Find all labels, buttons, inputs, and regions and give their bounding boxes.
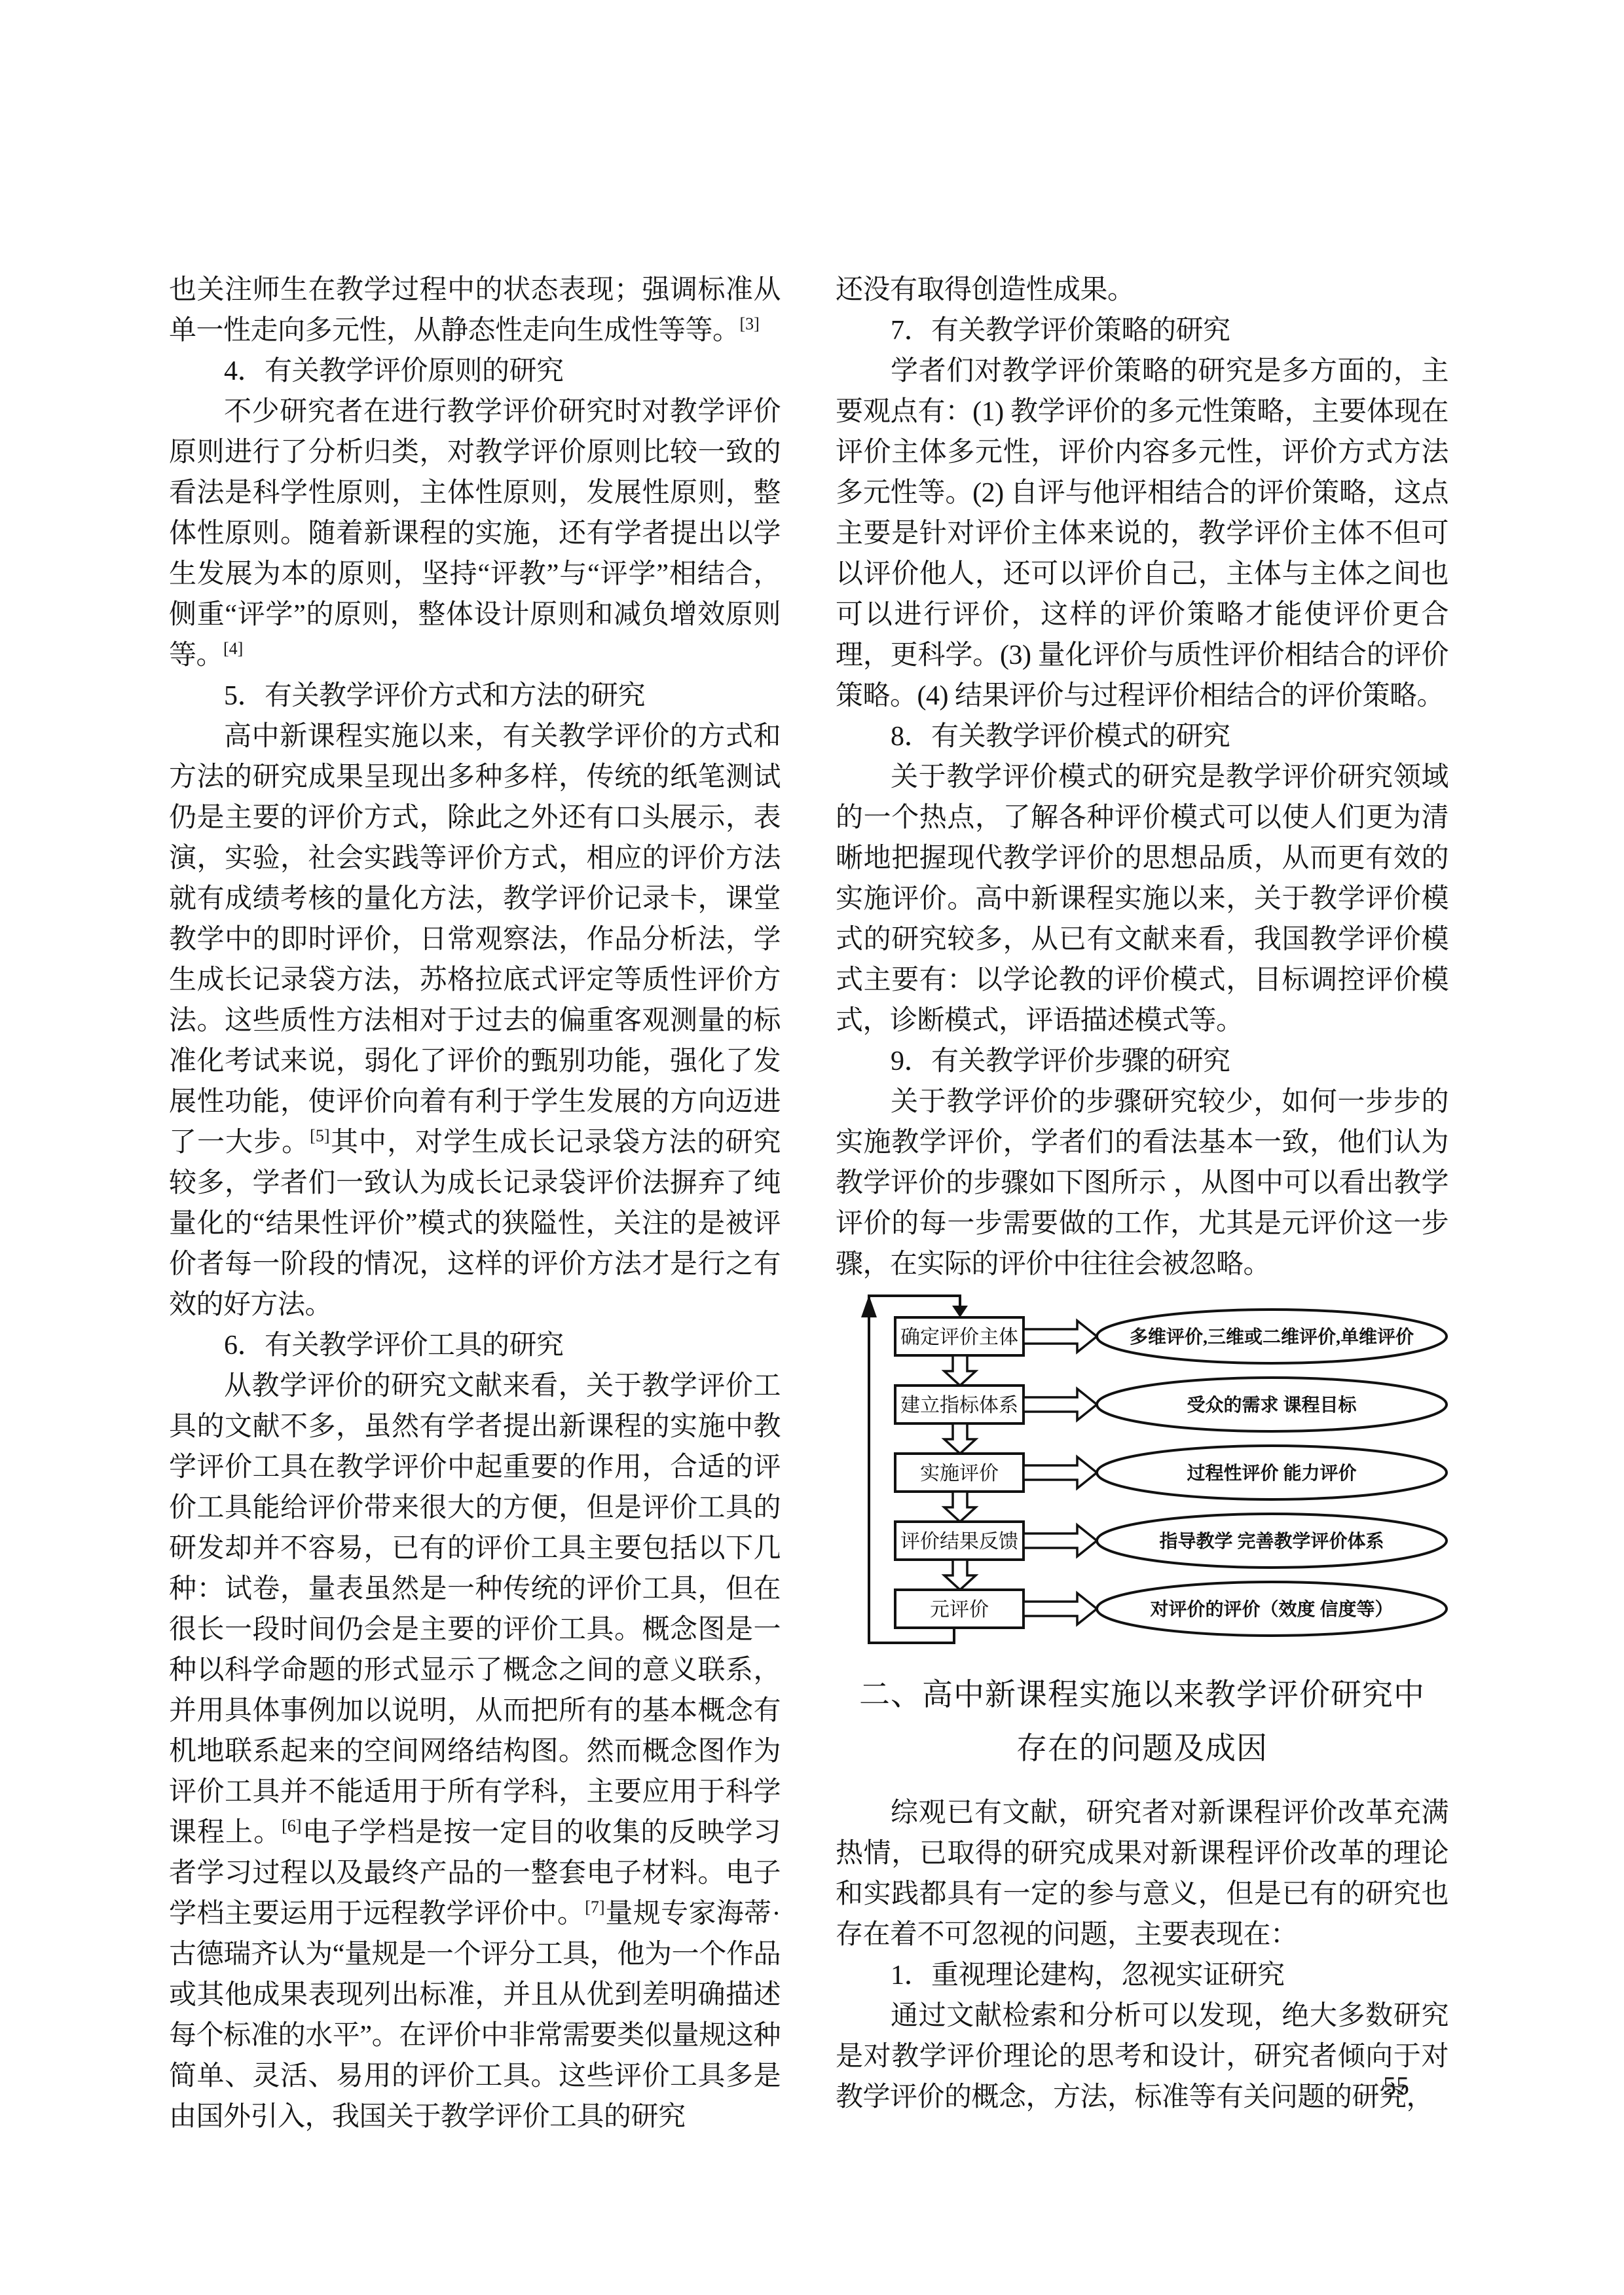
paragraph: 从教学评价的研究文献来看，关于教学评价工具的文献不多，虽然有学者提出新课程的实施… [169, 1366, 781, 2137]
right-arrow-icon [1024, 1321, 1097, 1352]
down-arrow-icon [944, 1423, 976, 1454]
right-arrow-icon [1024, 1593, 1097, 1625]
paragraph: 关于教学评价的步骤研究较少，如何一步步的实施教学评价，学者们的看法基本一致，他们… [836, 1082, 1449, 1285]
right-text-column: 还没有取得创造性成果。7．有关教学评价策略的研究学者们对教学评价策略的研究是多方… [836, 270, 1449, 2118]
section-heading-line1: 二、高中新课程实施以来教学评价研究中 [836, 1668, 1449, 1722]
paragraph: 关于教学评价模式的研究是教学评价研究领域的一个热点，了解各种评价模式可以使人们更… [836, 757, 1449, 1041]
paragraph: 1．重视理论建构，忽视实证研究 [836, 1955, 1449, 1996]
paragraph: 高中新课程实施以来，有关教学评价的方式和方法的研究成果呈现出多种多样，传统的纸笔… [169, 716, 781, 1325]
citation-mark: [7] [585, 1898, 604, 1917]
paragraph: 9．有关教学评价步骤的研究 [836, 1041, 1449, 1082]
down-arrow-icon [944, 1560, 976, 1590]
flow-box-label: 确定评价主体 [900, 1327, 1018, 1348]
citation-mark: [6] [282, 1816, 301, 1835]
flow-box-label: 建立指标体系 [900, 1395, 1018, 1416]
citation-mark: [3] [740, 314, 760, 333]
section-heading-line2: 存在的问题及成因 [836, 1722, 1449, 1776]
right-arrow-icon [1024, 1525, 1097, 1556]
loop-down-arrowhead-icon [952, 1306, 968, 1317]
flow-ellipse-label: 受众的需求 课程目标 [1187, 1395, 1357, 1416]
flow-ellipse-label: 过程性评价 能力评价 [1187, 1462, 1356, 1484]
down-arrow-icon [944, 1492, 976, 1522]
paragraph: 8．有关教学评价模式的研究 [836, 716, 1449, 757]
paragraph: 也关注师生在教学过程中的状态表现；强调标准从单一性走向多元性，从静态性走向生成性… [169, 270, 781, 351]
loop-up-arrowhead-icon [861, 1295, 877, 1317]
paragraph: 6．有关教学评价工具的研究 [169, 1325, 781, 1366]
right-arrow-icon [1024, 1389, 1097, 1420]
paragraph: 通过文献检索和分析可以发现，绝大多数研究是对教学评价理论的思考和设计，研究者倾向… [836, 1996, 1449, 2118]
right-column-upper-text: 还没有取得创造性成果。7．有关教学评价策略的研究学者们对教学评价策略的研究是多方… [836, 270, 1449, 1285]
page-number: 55 [1370, 2070, 1422, 2102]
left-text-column: 也关注师生在教学过程中的状态表现；强调标准从单一性走向多元性，从静态性走向生成性… [169, 270, 781, 2137]
section-heading: 二、高中新课程实施以来教学评价研究中 存在的问题及成因 [836, 1668, 1449, 1776]
paragraph: 不少研究者在进行教学评价研究时对教学评价原则进行了分析归类，对教学评价原则比较一… [169, 392, 781, 676]
scanned-paper-page: { "page": { "number": "55" }, "left_colu… [0, 0, 1624, 2295]
flow-ellipse-label: 指导教学 完善教学评价体系 [1159, 1531, 1384, 1552]
paragraph: 综观已有文献，研究者对新课程评价改革充满热情，已取得的研究成果对新课程评价改革的… [836, 1793, 1449, 1955]
paragraph: 4．有关教学评价原则的研究 [169, 351, 781, 392]
citation-mark: [4] [223, 639, 243, 658]
right-arrow-icon [1024, 1457, 1097, 1488]
paragraph: 5．有关教学评价方式和方法的研究 [169, 676, 781, 716]
flow-box-label: 评价结果反馈 [900, 1531, 1018, 1552]
paragraph: 学者们对教学评价策略的研究是多方面的，主要观点有：(1) 教学评价的多元性策略，… [836, 351, 1449, 716]
down-arrow-icon [944, 1355, 976, 1386]
flow-box-label: 元评价 [930, 1599, 989, 1621]
paragraph: 还没有取得创造性成果。 [836, 270, 1449, 310]
flow-ellipse-label: 多维评价,三维或二维评价,单维评价 [1130, 1326, 1414, 1348]
flow-box-label: 实施评价 [920, 1463, 999, 1484]
evaluation-steps-flowchart: 确定评价主体多维评价,三维或二维评价,单维评价建立指标体系受众的需求 课程目标实… [836, 1287, 1449, 1654]
right-column-lower-text: 综观已有文献，研究者对新课程评价改革充满热情，已取得的研究成果对新课程评价改革的… [836, 1793, 1449, 2118]
flow-ellipse-label: 对评价的评价（效度 信度等） [1150, 1598, 1393, 1620]
citation-mark: [5] [310, 1126, 329, 1145]
paragraph: 7．有关教学评价策略的研究 [836, 310, 1449, 351]
